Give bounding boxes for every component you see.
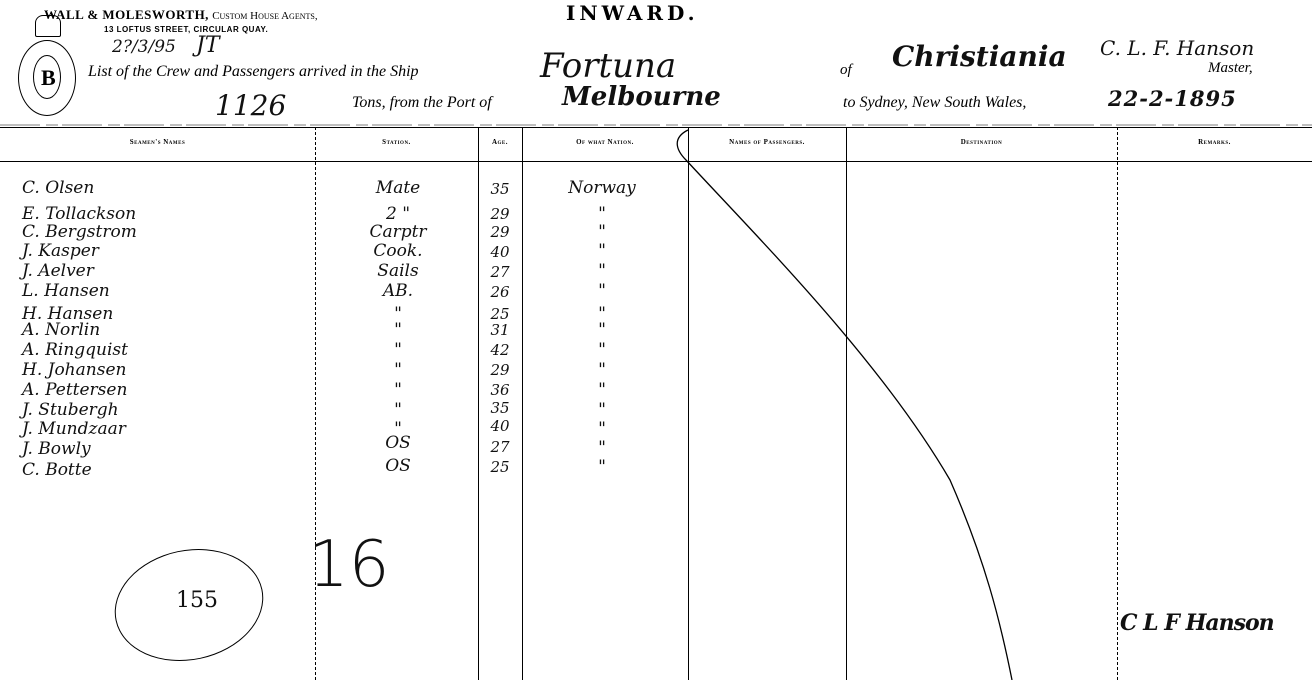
master-signature: C L F Hanson [1120, 610, 1274, 636]
crew-count: 16 [308, 528, 389, 602]
circled-number: 155 [176, 588, 218, 613]
